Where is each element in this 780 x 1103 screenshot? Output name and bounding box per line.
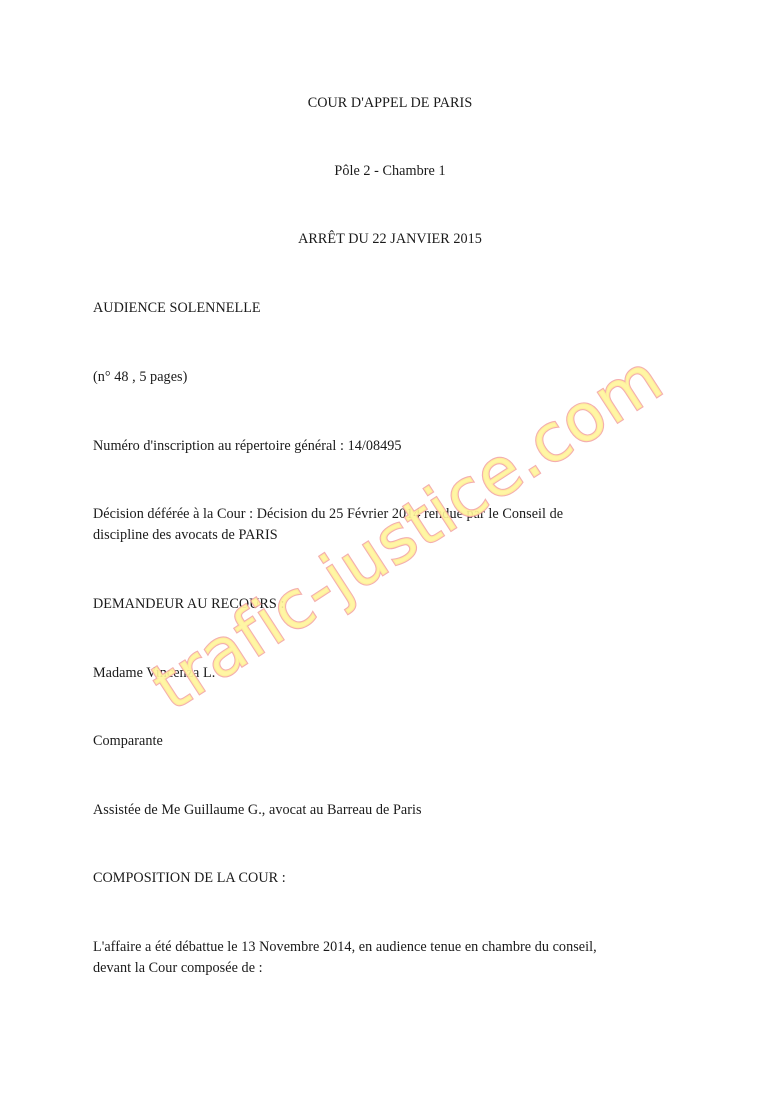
applicant-status: Comparante [93, 731, 163, 752]
hearing-details-line1: L'affaire a été débattue le 13 Novembre … [93, 937, 597, 958]
applicant-heading: DEMANDEUR AU RECOURS : [93, 594, 284, 615]
referred-decision-line2: discipline des avocats de PARIS [93, 525, 278, 546]
document-page: COUR D'APPEL DE PARIS Pôle 2 - Chambre 1… [0, 0, 780, 1103]
court-name: COUR D'APPEL DE PARIS [0, 93, 780, 114]
case-reference: (n° 48 , 5 pages) [93, 367, 187, 388]
composition-heading: COMPOSITION DE LA COUR : [93, 868, 286, 889]
chamber-name: Pôle 2 - Chambre 1 [0, 161, 780, 182]
registry-number: Numéro d'inscription au répertoire génér… [93, 436, 402, 457]
hearing-details-line2: devant la Cour composée de : [93, 958, 263, 979]
hearing-type: AUDIENCE SOLENNELLE [93, 298, 261, 319]
applicant-name: Madame Vincenza L. [93, 663, 215, 684]
judgment-date: ARRÊT DU 22 JANVIER 2015 [0, 229, 780, 250]
applicant-counsel: Assistée de Me Guillaume G., avocat au B… [93, 800, 422, 821]
referred-decision-line1: Décision déférée à la Cour : Décision du… [93, 504, 563, 525]
